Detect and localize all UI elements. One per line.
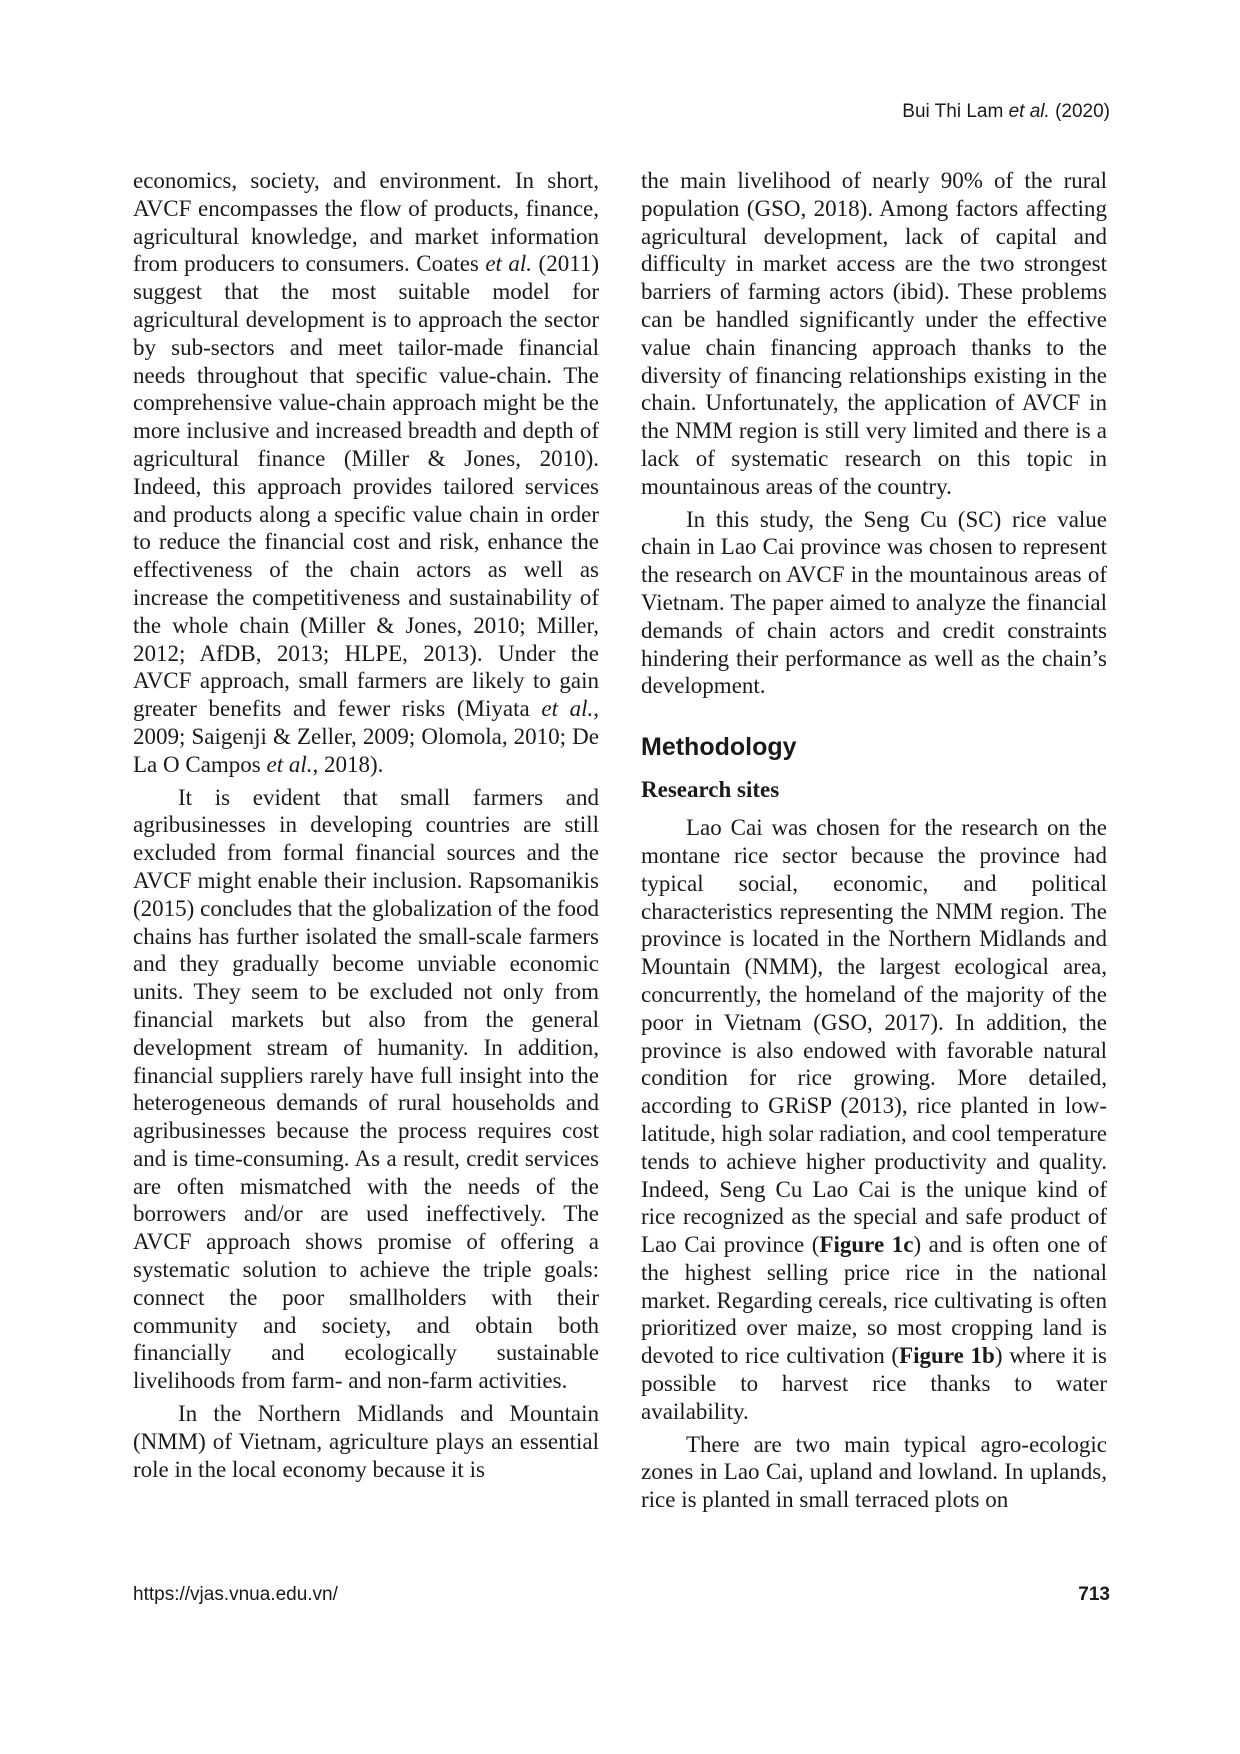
italic-text-run: et al. — [267, 752, 313, 777]
text-run: , 2018). — [313, 752, 384, 777]
italic-text-run: et al. — [541, 696, 593, 721]
text-run: (2020) — [1050, 101, 1110, 122]
paragraph: Lao Cai was chosen for the research on t… — [641, 814, 1107, 1426]
left-column: economics, society, and environment. In … — [133, 167, 599, 1519]
italic-text-run: et al. — [1009, 101, 1050, 122]
text-run: Bui Thi Lam — [902, 101, 1008, 122]
paragraph: It is evident that small farmers and agr… — [133, 784, 599, 1396]
bold-text-run: Figure 1b — [899, 1343, 995, 1368]
subsection-heading: Research sites — [641, 776, 1107, 804]
paper-page: Bui Thi Lam et al. (2020) economics, soc… — [0, 0, 1240, 1754]
paragraph: In this study, the Seng Cu (SC) rice val… — [641, 506, 1107, 701]
section-heading: Methodology — [641, 732, 1107, 762]
two-column-body: economics, society, and environment. In … — [133, 167, 1107, 1519]
paragraph: the main livelihood of nearly 90% of the… — [641, 167, 1107, 501]
paragraph: In the Northern Midlands and Mountain (N… — [133, 1400, 599, 1483]
text-run: In this study, the Seng Cu (SC) rice val… — [641, 507, 1107, 699]
bold-text-run: Figure 1c — [819, 1232, 913, 1257]
journal-url: https://vjas.vnua.edu.vn/ — [133, 1584, 338, 1606]
footer: https://vjas.vnua.edu.vn/ 713 — [133, 1584, 1110, 1606]
paragraph: There are two main typical agro-ecologic… — [641, 1431, 1107, 1514]
text-run: It is evident that small farmers and agr… — [133, 785, 599, 1394]
italic-text-run: et al. — [485, 251, 532, 276]
text-run: There are two main typical agro-ecologic… — [641, 1432, 1107, 1513]
right-column: the main livelihood of nearly 90% of the… — [641, 167, 1107, 1519]
paragraph: economics, society, and environment. In … — [133, 167, 599, 779]
text-run: (2011) suggest that the most suitable mo… — [133, 251, 599, 721]
text-run: Lao Cai was chosen for the research on t… — [641, 815, 1107, 1257]
page-number: 713 — [1078, 1584, 1110, 1606]
text-run: the main livelihood of nearly 90% of the… — [641, 168, 1107, 499]
text-run: In the Northern Midlands and Mountain (N… — [133, 1401, 599, 1482]
running-head-author-line: Bui Thi Lam et al. (2020) — [133, 101, 1110, 123]
